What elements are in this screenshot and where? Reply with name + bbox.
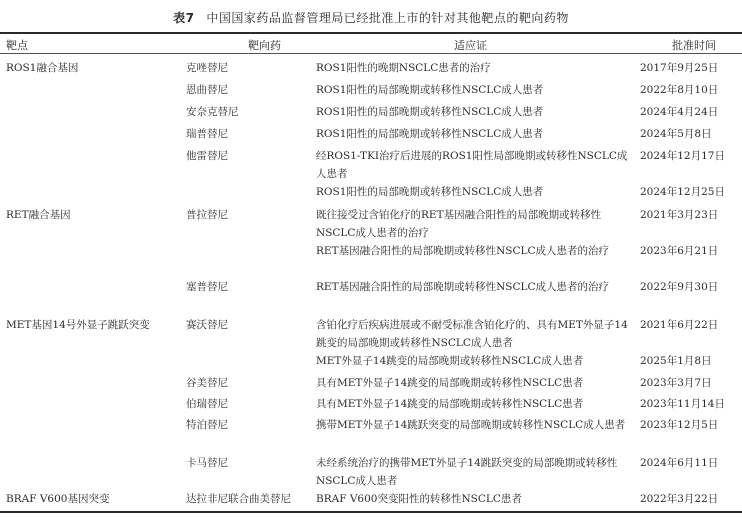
cell-indication: 经ROS1-TKI治疗后进展的ROS1阳性局部晚期或转移性NSCLC成人患者	[316, 147, 634, 183]
cell-target: ROS1融合基因	[6, 59, 176, 77]
table-header-rule	[0, 53, 742, 54]
cell-drug: 普拉替尼	[186, 206, 316, 224]
cell-indication: MET外显子14跳变的局部晚期或转移性NSCLC成人患者	[316, 352, 634, 370]
cell-indication: 具有MET外显子14跳变的局部晚期或转移性NSCLC患者	[316, 374, 634, 392]
cell-indication: 未经系统治疗的携带MET外显子14跳跃突变的局部晚期或转移性NSCLC成人患者	[316, 454, 634, 490]
cell-indication: ROS1阳性的晚期NSCLC患者的治疗	[316, 59, 634, 77]
cell-indication: BRAF V600突变阳性的转移性NSCLC患者	[316, 490, 634, 508]
header-date: 批准时间	[672, 37, 716, 51]
cell-drug: 卡马替尼	[186, 454, 316, 472]
cell-indication: 具有MET外显子14跳变的局部晚期或转移性NSCLC患者	[316, 395, 634, 413]
cell-date: 2021年6月22日	[640, 316, 740, 334]
cell-date: 2022年9月30日	[640, 278, 740, 296]
header-target: 靶点	[6, 37, 28, 51]
cell-date: 2024年6月11日	[640, 454, 740, 472]
cell-indication: ROS1阳性的局部晚期或转移性NSCLC成人患者	[316, 125, 634, 143]
caption-number: 表7	[173, 11, 194, 25]
table-bottom-rule	[0, 511, 742, 513]
cell-date: 2022年8月10日	[640, 81, 740, 99]
cell-drug: 伯瑞替尼	[186, 395, 316, 413]
cell-indication: RET基因融合阳性的局部晚期或转移性NSCLC成人患者的治疗	[316, 242, 634, 260]
cell-date: 2021年3月23日	[640, 206, 740, 224]
cell-date: 2025年1月8日	[640, 352, 740, 370]
cell-date: 2017年9月25日	[640, 59, 740, 77]
cell-drug: 达拉非尼联合曲美替尼	[186, 490, 316, 508]
cell-drug: 谷美替尼	[186, 374, 316, 392]
cell-drug: 塞普替尼	[186, 278, 316, 296]
cell-drug: 瑞普替尼	[186, 125, 316, 143]
cell-indication: 携带MET外显子14跳跃突变的局部晚期或转移性NSCLC成人患者	[316, 416, 634, 434]
cell-date: 2023年6月21日	[640, 242, 740, 260]
caption-title: 中国国家药品监督管理局已经批准上市的针对其他靶点的靶向药物	[206, 11, 569, 25]
cell-drug: 赛沃替尼	[186, 316, 316, 334]
header-indication: 适应证	[454, 37, 487, 51]
cell-indication: ROS1阳性的局部晚期或转移性NSCLC成人患者	[316, 183, 634, 201]
cell-target: BRAF V600基因突变	[6, 490, 176, 508]
header-drug: 靶向药	[248, 37, 281, 51]
cell-drug: 克唑替尼	[186, 59, 316, 77]
cell-date: 2023年12月5日	[640, 416, 740, 434]
table-caption: 表7中国国家药品监督管理局已经批准上市的针对其他靶点的靶向药物	[0, 9, 742, 26]
cell-drug: 特泊替尼	[186, 416, 316, 434]
cell-date: 2024年12月25日	[640, 183, 740, 201]
cell-drug: 安奈克替尼	[186, 103, 316, 121]
cell-indication: ROS1阳性的局部晚期或转移性NSCLC成人患者	[316, 81, 634, 99]
cell-drug: 他雷替尼	[186, 147, 316, 165]
cell-date: 2023年3月7日	[640, 374, 740, 392]
cell-date: 2024年5月8日	[640, 125, 740, 143]
cell-indication: 含铂化疗后疾病进展或不耐受标准含铂化疗的、具有MET外显子14跳变的局部晚期或转…	[316, 316, 634, 352]
cell-date: 2023年11月14日	[640, 395, 740, 413]
cell-indication: ROS1阳性的局部晚期或转移性NSCLC成人患者	[316, 103, 634, 121]
cell-date: 2022年3月22日	[640, 490, 740, 508]
cell-date: 2024年4月24日	[640, 103, 740, 121]
cell-drug: 恩曲替尼	[186, 81, 316, 99]
cell-target: MET基因14号外显子跳跃突变	[6, 316, 176, 334]
cell-target: RET融合基因	[6, 206, 176, 224]
table-top-rule	[0, 32, 742, 34]
cell-date: 2024年12月17日	[640, 147, 740, 165]
cell-indication: RET基因融合阳性的局部晚期或转移性NSCLC成人患者的治疗	[316, 278, 634, 296]
cell-indication: 既往接受过含铂化疗的RET基因融合阳性的局部晚期或转移性NSCLC成人患者的治疗	[316, 206, 634, 242]
